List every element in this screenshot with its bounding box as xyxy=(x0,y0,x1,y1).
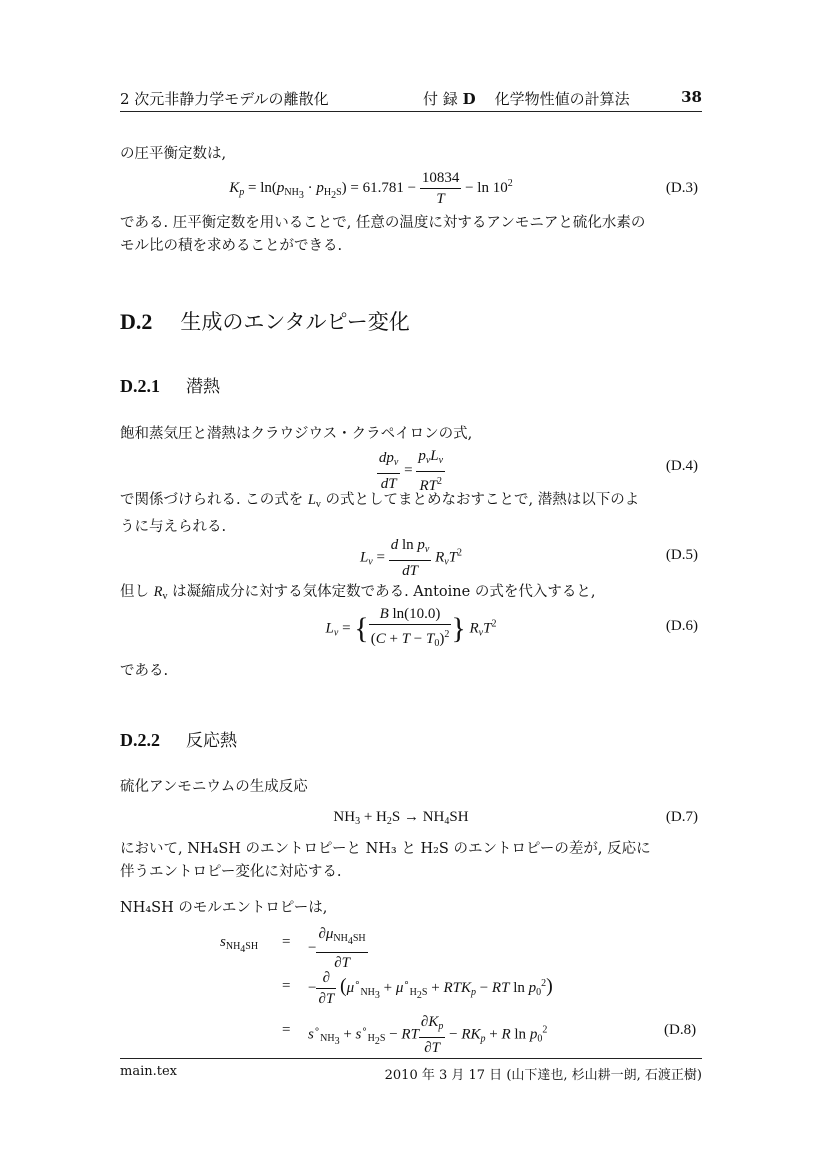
paragraph: NH₄SH のモルエントロピーは, xyxy=(120,897,702,920)
header-chapter: 2 次元非静力学モデルの離散化 xyxy=(120,88,329,109)
equation-number: (D.5) xyxy=(666,547,698,564)
page-number: 38 xyxy=(681,88,702,106)
equation-D6: Lv = {B ln(10.0)(C + T − T0)2} RvT2 (D.6… xyxy=(120,604,702,654)
header-appendix: 付 録 D 化学物性値の計算法 xyxy=(423,88,630,109)
paragraph: 飽和蒸気圧と潜熱はクラウジウス・クラペイロンの式, xyxy=(120,423,702,446)
subsection-heading: D.2.2反応熱 xyxy=(120,726,237,751)
running-header: 2 次元非静力学モデルの離散化 付 録 D 化学物性値の計算法 38 xyxy=(120,88,702,110)
subsection-heading: D.2.1潜熱 xyxy=(120,372,220,397)
intro-paragraph: である. 圧平衡定数を用いることで, 任意の温度に対するアンモニアと硫化水素の … xyxy=(120,212,702,258)
equation-D8: sNH4SH = −∂μNH4SH∂T = −∂∂T (μ∘NH3 + μ∘H2… xyxy=(220,924,702,1044)
header-rule xyxy=(120,111,702,112)
equation-number: (D.3) xyxy=(666,180,698,197)
equation-number: (D.4) xyxy=(666,458,698,475)
equation-D4: dpvdT = pvLvRT2 (D.4) xyxy=(120,446,702,492)
equation-D7: NH3 + H2S → NH4SH (D.7) xyxy=(120,809,702,833)
intro-lead: の圧平衡定数は, xyxy=(120,143,702,166)
footer-filename: main.tex xyxy=(120,1064,177,1079)
equation-number: (D.6) xyxy=(666,618,698,635)
paragraph: において, NH₄SH のエントロピーと NH₃ と H₂S のエントロピーの差… xyxy=(120,838,702,884)
paragraph: で関係づけられる. この式を Lv の式としてまとめなおすことで, 潜熱は以下の… xyxy=(120,489,702,539)
equation-D3: Kp = ln(pNH3 · pH2S) = 61.781 − 10834T −… xyxy=(120,168,702,214)
equation-number: (D.7) xyxy=(666,809,698,826)
equation-number: (D.8) xyxy=(664,1022,696,1039)
footer-date-authors: 2010 年 3 月 17 日 (山下達也, 杉山耕一朗, 石渡正樹) xyxy=(385,1064,702,1083)
section-heading: D.2生成のエンタルピー変化 xyxy=(120,306,410,336)
equation-D5: Lv = d ln pvdT RvT2 (D.5) xyxy=(120,535,702,581)
footer-rule xyxy=(120,1058,702,1059)
paragraph: である. xyxy=(120,660,702,683)
paragraph: 硫化アンモニウムの生成反応 xyxy=(120,776,702,799)
